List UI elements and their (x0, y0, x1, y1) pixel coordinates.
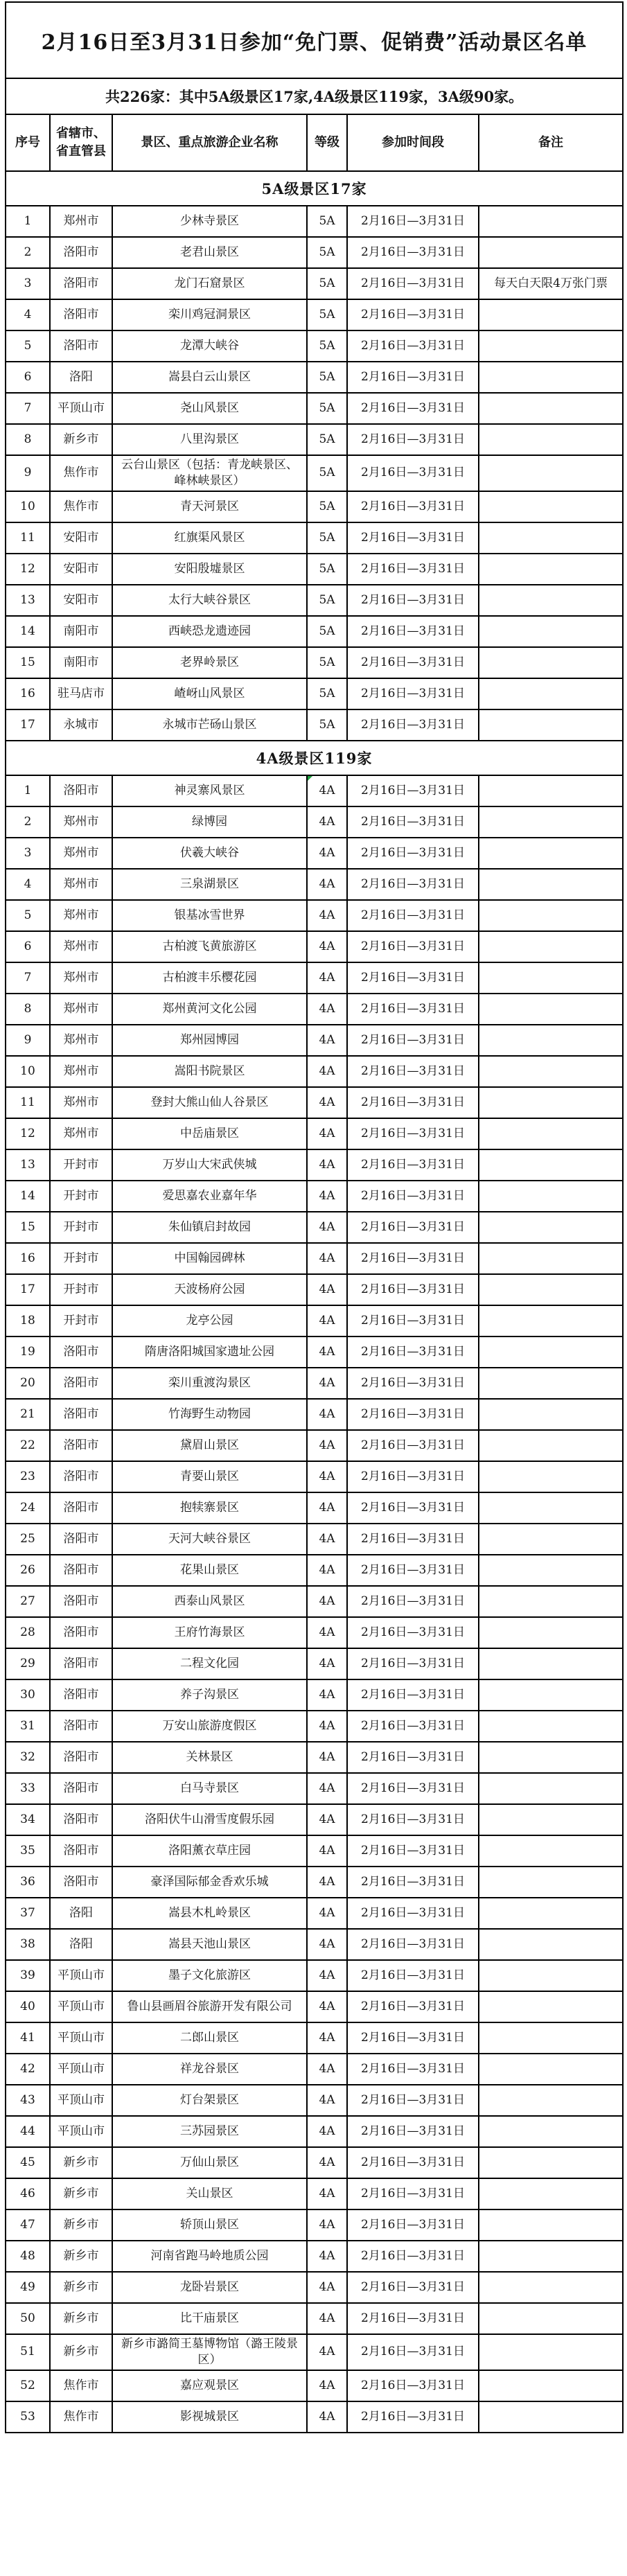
cell-note (479, 1305, 623, 1336)
cell-city: 郑州市 (50, 1118, 112, 1149)
cell-grade: 4A (307, 1773, 347, 1804)
cell-grade: 4A (307, 1960, 347, 1991)
cell-city: 洛阳市 (50, 268, 112, 299)
cell-city: 驻马店市 (50, 678, 112, 709)
cell-note (479, 1617, 623, 1648)
cell-period: 2月16日—3月31日 (347, 299, 479, 330)
cell-grade: 4A (307, 2147, 347, 2178)
cell-no: 41 (6, 2022, 50, 2054)
cell-note (479, 838, 623, 869)
cell-note (479, 1929, 623, 1960)
cell-note (479, 1336, 623, 1368)
cell-no: 39 (6, 1960, 50, 1991)
cell-note (479, 647, 623, 678)
cell-note (479, 1960, 623, 1991)
cell-no: 15 (6, 1212, 50, 1243)
cell-no: 6 (6, 931, 50, 962)
cell-period: 2月16日—3月31日 (347, 268, 479, 299)
cell-no: 5 (6, 330, 50, 362)
cell-name: 八里沟景区 (112, 424, 307, 455)
cell-city: 安阳市 (50, 585, 112, 616)
cell-no: 9 (6, 1025, 50, 1056)
cell-note (479, 2147, 623, 2178)
cell-name: 隋唐洛阳城国家遗址公园 (112, 1336, 307, 1368)
cell-city: 郑州市 (50, 962, 112, 994)
cell-grade: 4A (307, 1711, 347, 1742)
table-row: 42平顶山市祥龙谷景区4A2月16日—3月31日 (6, 2054, 623, 2085)
section-label: 4A级景区119家 (6, 741, 623, 775)
cell-name: 鲁山县画眉谷旅游开发有限公司 (112, 1991, 307, 2022)
table-row: 2洛阳市老君山景区5A2月16日—3月31日 (6, 237, 623, 268)
summary-text: 共226家：其中5A级景区17家,4A级景区119家，3A级90家。 (6, 78, 623, 114)
cell-name: 王府竹海景区 (112, 1617, 307, 1648)
cell-period: 2月16日—3月31日 (347, 1336, 479, 1368)
cell-note (479, 2178, 623, 2209)
cell-grade: 5A (307, 424, 347, 455)
cell-no: 10 (6, 491, 50, 522)
cell-name: 二郎山景区 (112, 2022, 307, 2054)
cell-period: 2月16日—3月31日 (347, 2370, 479, 2401)
cell-note (479, 2085, 623, 2116)
cell-no: 33 (6, 1773, 50, 1804)
cell-city: 新乡市 (50, 2334, 112, 2370)
cell-no: 44 (6, 2116, 50, 2147)
cell-no: 3 (6, 838, 50, 869)
table-row: 6郑州市古柏渡飞黄旅游区4A2月16日—3月31日 (6, 931, 623, 962)
table-row: 8新乡市八里沟景区5A2月16日—3月31日 (6, 424, 623, 455)
cell-grade: 4A (307, 2116, 347, 2147)
cell-name: 西泰山风景区 (112, 1586, 307, 1617)
cell-note (479, 616, 623, 647)
table-row: 1洛阳市神灵寨风景区4A2月16日—3月31日 (6, 775, 623, 806)
cell-city: 洛阳市 (50, 1867, 112, 1898)
cell-grade: 5A (307, 268, 347, 299)
table-row: 5郑州市银基冰雪世界4A2月16日—3月31日 (6, 900, 623, 931)
cell-grade: 4A (307, 2209, 347, 2241)
cell-name: 龙潭大峡谷 (112, 330, 307, 362)
cell-period: 2月16日—3月31日 (347, 585, 479, 616)
cell-name: 天波杨府公园 (112, 1274, 307, 1305)
cell-name: 郑州园博园 (112, 1025, 307, 1056)
cell-city: 洛阳市 (50, 1742, 112, 1773)
cell-city: 洛阳市 (50, 1586, 112, 1617)
cell-name: 红旗渠风景区 (112, 522, 307, 554)
cell-period: 2月16日—3月31日 (347, 330, 479, 362)
cell-note (479, 1399, 623, 1430)
col-header-grade: 等级 (307, 114, 347, 171)
cell-period: 2月16日—3月31日 (347, 2272, 479, 2303)
cell-name: 嵩阳书院景区 (112, 1056, 307, 1087)
cell-grade: 4A (307, 931, 347, 962)
cell-note (479, 1991, 623, 2022)
table-row: 43平顶山市灯台架景区4A2月16日—3月31日 (6, 2085, 623, 2116)
cell-no: 8 (6, 994, 50, 1025)
cell-period: 2月16日—3月31日 (347, 1867, 479, 1898)
cell-period: 2月16日—3月31日 (347, 2401, 479, 2433)
cell-note (479, 237, 623, 268)
cell-city: 平顶山市 (50, 1991, 112, 2022)
cell-grade: 4A (307, 1149, 347, 1181)
section-header-row: 5A级景区17家 (6, 171, 623, 206)
cell-name: 天河大峡谷景区 (112, 1524, 307, 1555)
table-row: 47新乡市轿顶山景区4A2月16日—3月31日 (6, 2209, 623, 2241)
cell-note (479, 2370, 623, 2401)
cell-name: 登封大熊山仙人谷景区 (112, 1087, 307, 1118)
cell-name: 墨子文化旅游区 (112, 1960, 307, 1991)
cell-city: 开封市 (50, 1243, 112, 1274)
cell-name: 洛阳伏牛山滑雪度假乐园 (112, 1804, 307, 1835)
cell-grade: 5A (307, 647, 347, 678)
cell-city: 洛阳市 (50, 299, 112, 330)
cell-grade: 4A (307, 2241, 347, 2272)
cell-name: 古柏渡丰乐樱花园 (112, 962, 307, 994)
cell-city: 平顶山市 (50, 2116, 112, 2147)
cell-note (479, 1586, 623, 1617)
cell-grade: 4A (307, 2178, 347, 2209)
cell-no: 8 (6, 424, 50, 455)
cell-city: 焦作市 (50, 455, 112, 491)
table-row: 9焦作市云台山景区（包括：青龙峡景区、峰林峡景区）5A2月16日—3月31日 (6, 455, 623, 491)
cell-note (479, 491, 623, 522)
cell-note (479, 1149, 623, 1181)
cell-period: 2月16日—3月31日 (347, 2303, 479, 2334)
cell-grade: 5A (307, 491, 347, 522)
cell-name: 嵩县白云山景区 (112, 362, 307, 393)
table-row: 8郑州市郑州黄河文化公园4A2月16日—3月31日 (6, 994, 623, 1025)
cell-grade: 5A (307, 362, 347, 393)
cell-no: 43 (6, 2085, 50, 2116)
cell-grade: 4A (307, 2334, 347, 2370)
cell-period: 2月16日—3月31日 (347, 994, 479, 1025)
cell-no: 26 (6, 1555, 50, 1586)
cell-name: 老界岭景区 (112, 647, 307, 678)
cell-period: 2月16日—3月31日 (347, 1461, 479, 1492)
cell-note (479, 1773, 623, 1804)
cell-period: 2月16日—3月31日 (347, 869, 479, 900)
cell-period: 2月16日—3月31日 (347, 1648, 479, 1679)
cell-note (479, 1804, 623, 1835)
cell-name: 轿顶山景区 (112, 2209, 307, 2241)
cell-city: 洛阳 (50, 1929, 112, 1960)
table-row: 37洛阳嵩县木札岭景区4A2月16日—3月31日 (6, 1898, 623, 1929)
table-row: 15南阳市老界岭景区5A2月16日—3月31日 (6, 647, 623, 678)
cell-no: 12 (6, 1118, 50, 1149)
cell-city: 郑州市 (50, 869, 112, 900)
cell-name: 绿博园 (112, 806, 307, 838)
cell-period: 2月16日—3月31日 (347, 775, 479, 806)
table-row: 7郑州市古柏渡丰乐樱花园4A2月16日—3月31日 (6, 962, 623, 994)
cell-grade: 4A (307, 1586, 347, 1617)
cell-grade: 4A (307, 1430, 347, 1461)
cell-no: 37 (6, 1898, 50, 1929)
table-row: 17开封市天波杨府公园4A2月16日—3月31日 (6, 1274, 623, 1305)
table-row: 48新乡市河南省跑马岭地质公园4A2月16日—3月31日 (6, 2241, 623, 2272)
cell-grade: 4A (307, 900, 347, 931)
cell-grade: 4A (307, 806, 347, 838)
table-row: 14开封市爱思嘉农业嘉年华4A2月16日—3月31日 (6, 1181, 623, 1212)
cell-grade: 4A (307, 1492, 347, 1524)
cell-period: 2月16日—3月31日 (347, 1274, 479, 1305)
cell-note (479, 1087, 623, 1118)
cell-name: 影视城景区 (112, 2401, 307, 2433)
cell-note (479, 1118, 623, 1149)
cell-no: 24 (6, 1492, 50, 1524)
column-header-row: 序号 省辖市、省直管县 景区、重点旅游企业名称 等级 参加时间段 备注 (6, 114, 623, 171)
table-row: 40平顶山市鲁山县画眉谷旅游开发有限公司4A2月16日—3月31日 (6, 1991, 623, 2022)
cell-period: 2月16日—3月31日 (347, 1025, 479, 1056)
cell-period: 2月16日—3月31日 (347, 838, 479, 869)
cell-no: 3 (6, 268, 50, 299)
cell-no: 52 (6, 2370, 50, 2401)
cell-no: 15 (6, 647, 50, 678)
cell-city: 洛阳市 (50, 1773, 112, 1804)
cell-period: 2月16日—3月31日 (347, 709, 479, 741)
table-row: 10焦作市青天河景区5A2月16日—3月31日 (6, 491, 623, 522)
cell-no: 30 (6, 1679, 50, 1711)
cell-grade: 4A (307, 1679, 347, 1711)
cell-name: 中岳庙景区 (112, 1118, 307, 1149)
cell-note (479, 1835, 623, 1867)
table-row: 19洛阳市隋唐洛阳城国家遗址公园4A2月16日—3月31日 (6, 1336, 623, 1368)
cell-city: 开封市 (50, 1305, 112, 1336)
cell-city: 洛阳市 (50, 237, 112, 268)
cell-no: 49 (6, 2272, 50, 2303)
cell-no: 16 (6, 678, 50, 709)
cell-grade: 4A (307, 1118, 347, 1149)
cell-no: 31 (6, 1711, 50, 1742)
cell-city: 新乡市 (50, 2241, 112, 2272)
cell-name: 太行大峡谷景区 (112, 585, 307, 616)
table-row: 4洛阳市栾川鸡冠洞景区5A2月16日—3月31日 (6, 299, 623, 330)
cell-grade: 4A (307, 2401, 347, 2433)
cell-note (479, 2209, 623, 2241)
cell-name: 永城市芒砀山景区 (112, 709, 307, 741)
cell-city: 焦作市 (50, 2370, 112, 2401)
cell-no: 7 (6, 393, 50, 424)
table-row: 44平顶山市三苏园景区4A2月16日—3月31日 (6, 2116, 623, 2147)
table-row: 3洛阳市龙门石窟景区5A2月16日—3月31日每天白天限4万张门票 (6, 268, 623, 299)
table-row: 46新乡市关山景区4A2月16日—3月31日 (6, 2178, 623, 2209)
cell-period: 2月16日—3月31日 (347, 393, 479, 424)
cell-note (479, 1430, 623, 1461)
section-header-row: 4A级景区119家 (6, 741, 623, 775)
cell-period: 2月16日—3月31日 (347, 2209, 479, 2241)
cell-grade: 4A (307, 2054, 347, 2085)
cell-city: 洛阳市 (50, 1804, 112, 1835)
cell-no: 11 (6, 522, 50, 554)
cell-grade: 4A (307, 1305, 347, 1336)
cell-grade: 4A (307, 1399, 347, 1430)
cell-no: 4 (6, 869, 50, 900)
cell-note (479, 1212, 623, 1243)
cell-period: 2月16日—3月31日 (347, 1991, 479, 2022)
cell-no: 17 (6, 1274, 50, 1305)
cell-note (479, 206, 623, 237)
cell-city: 洛阳市 (50, 1835, 112, 1867)
cell-period: 2月16日—3月31日 (347, 2241, 479, 2272)
cell-no: 18 (6, 1305, 50, 1336)
cell-grade: 4A (307, 1087, 347, 1118)
table-row: 5洛阳市龙潭大峡谷5A2月16日—3月31日 (6, 330, 623, 362)
cell-city: 郑州市 (50, 1087, 112, 1118)
cell-city: 新乡市 (50, 2147, 112, 2178)
table-row: 11郑州市登封大熊山仙人谷景区4A2月16日—3月31日 (6, 1087, 623, 1118)
cell-city: 郑州市 (50, 900, 112, 931)
cell-note (479, 299, 623, 330)
cell-grade: 4A (307, 962, 347, 994)
cell-grade: 4A (307, 1461, 347, 1492)
cell-period: 2月16日—3月31日 (347, 1835, 479, 1867)
cell-period: 2月16日—3月31日 (347, 2178, 479, 2209)
cell-no: 5 (6, 900, 50, 931)
table-row: 14南阳市西峡恐龙遗迹园5A2月16日—3月31日 (6, 616, 623, 647)
cell-note (479, 2116, 623, 2147)
cell-name: 栾川重渡沟景区 (112, 1368, 307, 1399)
cell-period: 2月16日—3月31日 (347, 1773, 479, 1804)
table-row: 29洛阳市二程文化园4A2月16日—3月31日 (6, 1648, 623, 1679)
cell-no: 40 (6, 1991, 50, 2022)
cell-grade: 5A (307, 616, 347, 647)
cell-period: 2月16日—3月31日 (347, 962, 479, 994)
cell-grade: 4A (307, 1555, 347, 1586)
cell-grade: 4A (307, 1617, 347, 1648)
table-row: 16驻马店市嵖岈山风景区5A2月16日—3月31日 (6, 678, 623, 709)
cell-name: 万岁山大宋武侠城 (112, 1149, 307, 1181)
cell-note (479, 1555, 623, 1586)
cell-city: 洛阳市 (50, 1461, 112, 1492)
document-sheet: 2月16日至3月31日参加“免门票、促销费”活动景区名单 共226家：其中5A级… (0, 0, 627, 2436)
cell-city: 焦作市 (50, 491, 112, 522)
cell-no: 50 (6, 2303, 50, 2334)
col-header-note: 备注 (479, 114, 623, 171)
cell-period: 2月16日—3月31日 (347, 1087, 479, 1118)
cell-no: 12 (6, 554, 50, 585)
cell-grade: 4A (307, 2085, 347, 2116)
table-row: 24洛阳市抱犊寨景区4A2月16日—3月31日 (6, 1492, 623, 1524)
table-row: 45新乡市万仙山景区4A2月16日—3月31日 (6, 2147, 623, 2178)
cell-no: 28 (6, 1617, 50, 1648)
cell-period: 2月16日—3月31日 (347, 1898, 479, 1929)
cell-city: 洛阳市 (50, 1617, 112, 1648)
cell-grade: 4A (307, 1336, 347, 1368)
cell-grade: 4A (307, 1025, 347, 1056)
cell-grade: 5A (307, 393, 347, 424)
cell-city: 洛阳 (50, 362, 112, 393)
cell-note (479, 962, 623, 994)
table-row: 6洛阳嵩县白云山景区5A2月16日—3月31日 (6, 362, 623, 393)
table-row: 12郑州市中岳庙景区4A2月16日—3月31日 (6, 1118, 623, 1149)
cell-grade: 4A (307, 1368, 347, 1399)
cell-city: 洛阳市 (50, 1711, 112, 1742)
table-row: 35洛阳市洛阳薰衣草庄园4A2月16日—3月31日 (6, 1835, 623, 1867)
cell-name: 嘉应观景区 (112, 2370, 307, 2401)
table-row: 3郑州市伏羲大峡谷4A2月16日—3月31日 (6, 838, 623, 869)
cell-period: 2月16日—3月31日 (347, 1181, 479, 1212)
cell-name: 青要山景区 (112, 1461, 307, 1492)
cell-note (479, 2303, 623, 2334)
table-row: 32洛阳市关林景区4A2月16日—3月31日 (6, 1742, 623, 1773)
cell-name: 万仙山景区 (112, 2147, 307, 2178)
cell-period: 2月16日—3月31日 (347, 900, 479, 931)
cell-no: 42 (6, 2054, 50, 2085)
cell-name: 花果山景区 (112, 1555, 307, 1586)
cell-name: 龙门石窟景区 (112, 268, 307, 299)
table-row: 4郑州市三泉湖景区4A2月16日—3月31日 (6, 869, 623, 900)
cell-period: 2月16日—3月31日 (347, 522, 479, 554)
cell-city: 洛阳市 (50, 1555, 112, 1586)
table-row: 30洛阳市养子沟景区4A2月16日—3月31日 (6, 1679, 623, 1711)
cell-period: 2月16日—3月31日 (347, 1430, 479, 1461)
cell-city: 永城市 (50, 709, 112, 741)
cell-period: 2月16日—3月31日 (347, 2147, 479, 2178)
table-row: 20洛阳市栾川重渡沟景区4A2月16日—3月31日 (6, 1368, 623, 1399)
col-header-no: 序号 (6, 114, 50, 171)
cell-name: 银基冰雪世界 (112, 900, 307, 931)
table-row: 25洛阳市天河大峡谷景区4A2月16日—3月31日 (6, 1524, 623, 1555)
cell-name: 青天河景区 (112, 491, 307, 522)
cell-no: 4 (6, 299, 50, 330)
cell-note (479, 455, 623, 491)
cell-grade: 5A (307, 554, 347, 585)
cell-period: 2月16日—3月31日 (347, 1804, 479, 1835)
cell-city: 南阳市 (50, 616, 112, 647)
cell-note (479, 1648, 623, 1679)
table-row: 10郑州市嵩阳书院景区4A2月16日—3月31日 (6, 1056, 623, 1087)
cell-city: 郑州市 (50, 806, 112, 838)
cell-period: 2月16日—3月31日 (347, 455, 479, 491)
cell-name: 洛阳薰衣草庄园 (112, 1835, 307, 1867)
table-row: 39平顶山市墨子文化旅游区4A2月16日—3月31日 (6, 1960, 623, 1991)
cell-grade: 4A (307, 2272, 347, 2303)
cell-city: 新乡市 (50, 2178, 112, 2209)
cell-city: 安阳市 (50, 522, 112, 554)
table-row: 41平顶山市二郎山景区4A2月16日—3月31日 (6, 2022, 623, 2054)
cell-no: 16 (6, 1243, 50, 1274)
cell-city: 洛阳市 (50, 775, 112, 806)
cell-note (479, 2334, 623, 2370)
table-row: 31洛阳市万安山旅游度假区4A2月16日—3月31日 (6, 1711, 623, 1742)
cell-grade: 5A (307, 585, 347, 616)
cell-city: 平顶山市 (50, 2054, 112, 2085)
cell-name: 比干庙景区 (112, 2303, 307, 2334)
cell-name: 龙亭公园 (112, 1305, 307, 1336)
cell-name: 二程文化园 (112, 1648, 307, 1679)
cell-note (479, 931, 623, 962)
cell-no: 21 (6, 1399, 50, 1430)
cell-city: 新乡市 (50, 424, 112, 455)
cell-no: 34 (6, 1804, 50, 1835)
cell-city: 安阳市 (50, 554, 112, 585)
cell-note (479, 1524, 623, 1555)
cell-period: 2月16日—3月31日 (347, 1742, 479, 1773)
table-row: 13安阳市太行大峡谷景区5A2月16日—3月31日 (6, 585, 623, 616)
cell-period: 2月16日—3月31日 (347, 362, 479, 393)
cell-name: 黛眉山景区 (112, 1430, 307, 1461)
cell-note (479, 1461, 623, 1492)
cell-note (479, 1056, 623, 1087)
cell-period: 2月16日—3月31日 (347, 1492, 479, 1524)
cell-name: 河南省跑马岭地质公园 (112, 2241, 307, 2272)
cell-name: 万安山旅游度假区 (112, 1711, 307, 1742)
cell-note (479, 775, 623, 806)
cell-note (479, 1898, 623, 1929)
cell-no: 14 (6, 1181, 50, 1212)
cell-city: 洛阳市 (50, 1336, 112, 1368)
cell-name: 嵩县天池山景区 (112, 1929, 307, 1960)
summary-row: 共226家：其中5A级景区17家,4A级景区119家，3A级90家。 (6, 78, 623, 114)
cell-note (479, 2054, 623, 2085)
cell-grade: 4A (307, 869, 347, 900)
